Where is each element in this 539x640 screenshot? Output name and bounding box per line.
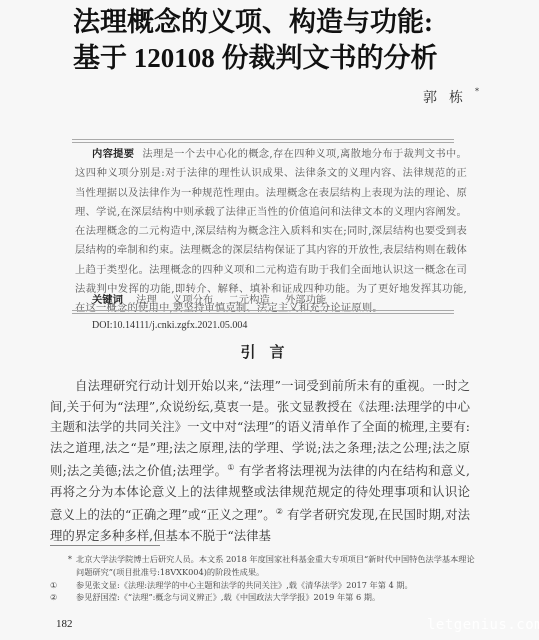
title-line-2: 基于 120108 份裁判文书的分析 (73, 40, 438, 76)
author-footnote-mark: * (475, 87, 479, 96)
section-heading: 引言 (0, 341, 539, 362)
author-text: 郭栋 (423, 90, 475, 106)
footnote-separator (50, 545, 160, 546)
footnote-mark: ① (50, 579, 76, 592)
doi-text: DOI:10.14111/j.cnki.zgfx.2021.05.004 (92, 320, 247, 331)
footnote-mark: * (50, 553, 76, 579)
watermark: letgenius.com (427, 617, 539, 633)
keyword-item: 二元构造 (229, 294, 270, 306)
page-number: 182 (56, 618, 73, 630)
article-title: 法理概念的义项、构造与功能: 基于 120108 份裁判文书的分析 (73, 4, 438, 76)
keyword-item: 外部功能 (285, 294, 326, 306)
keywords-label: 关键词 (92, 294, 123, 306)
title-line-1: 法理概念的义项、构造与功能: (73, 4, 438, 40)
abstract-text: 法理是一个去中心化的概念,存在四种义项,离散地分布于裁判文书中。这四种义项分别是… (75, 148, 467, 314)
author-name: 郭栋* (423, 87, 479, 107)
abstract-bottom-rule (72, 310, 454, 314)
footnote-author: * 北京大学法学院博士后研究人员。本文系 2018 年度国家社科基金重大专项项目… (50, 553, 480, 579)
keyword-item: 法理 (136, 294, 157, 306)
footnote-2: ② 参见舒国滢:《“法理”:概念与词义辨正》,载《中国政法大学学报》2019 年… (50, 591, 480, 604)
keywords-line: 关键词 法理 义项分布 二元构造 外部功能 (92, 291, 338, 306)
footnote-mark: ② (50, 591, 76, 604)
footnote-text: 参见舒国滢:《“法理”:概念与词义辨正》,载《中国政法大学学报》2019 年第 … (76, 591, 480, 604)
abstract-top-rule (72, 139, 454, 143)
footnote-1: ① 参见张文显:《法理:法理学的中心主题和法学的共同关注》,载《清华法学》201… (50, 579, 480, 592)
footnote-ref-2[interactable]: ② (276, 507, 283, 516)
body-paragraph: 自法理研究行动计划开始以来,“法理”一词受到前所未有的重视。一时之间,关于何为“… (50, 376, 470, 546)
footnote-ref-1[interactable]: ① (227, 463, 234, 472)
keyword-item: 义项分布 (172, 294, 213, 306)
footnote-text: 参见张文显:《法理:法理学的中心主题和法学的共同关注》,载《清华法学》2017 … (76, 579, 480, 592)
abstract-label: 内容提要 (92, 148, 134, 160)
footnote-text: 北京大学法学院博士后研究人员。本文系 2018 年度国家社科基金重大专项项目“新… (76, 553, 480, 579)
footnotes: * 北京大学法学院博士后研究人员。本文系 2018 年度国家社科基金重大专项项目… (50, 553, 480, 604)
